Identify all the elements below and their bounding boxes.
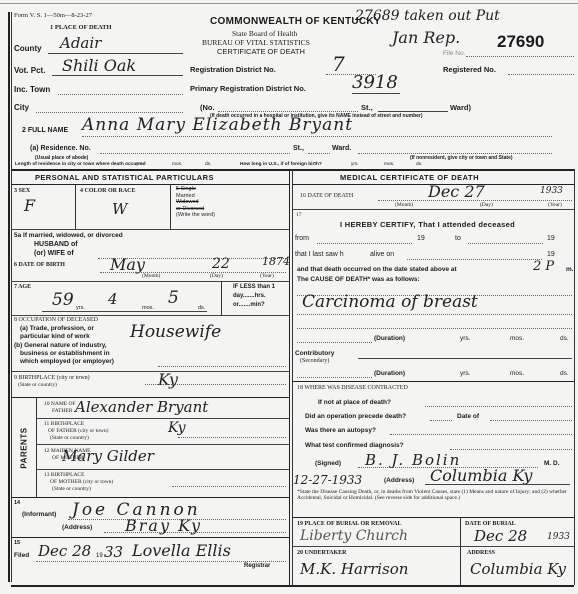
residence-st-label: St., [293,145,304,152]
item-17-number: 17 [296,212,302,218]
not-place-line [425,406,572,407]
undertaker-address-label: ADDRESS [467,550,495,556]
age-months: 4 [108,290,118,308]
us-ds: ds. [416,162,422,167]
spouse-label-2: HUSBAND of [34,241,78,248]
industry-label-1: (b) General nature of industry, [14,342,107,349]
dob-label: 6 DATE OF BIRTH [14,262,65,268]
bottom-rule [11,585,574,587]
primary-registration-value: 3918 [352,72,398,93]
full-name-line [82,136,552,137]
father-bp-value: Ky [168,420,185,436]
contributory-line [358,358,572,359]
parents-rule-2 [36,444,289,445]
day-hrs-label: day.......hrs. [233,293,266,299]
less-than-1-label: IF LESS than 1 [233,284,275,290]
length-of-residence: Length of residence in city or town wher… [15,162,146,167]
row-rule-3 [11,229,289,230]
filed-date: Dec 28 [38,542,91,560]
date-of-label: Date of [457,413,479,420]
file-number: 27690 [497,32,544,52]
duration-1-ds: ds. [560,335,569,342]
residence-line [100,153,290,154]
usual-abode-note: (Usual place of abode) [35,155,88,161]
age-label: 7 AGE [14,284,31,290]
medical-rule-2 [292,209,574,210]
date-of-death-label: 16 DATE OF DEATH [300,193,353,199]
test-label: What test confirmed diagnosis? [305,442,404,449]
state-board: State Board of Health [232,29,297,38]
certificate-title: CERTIFICATE OF DEATH [217,47,305,56]
medical-bottom-rule [292,517,574,518]
parents-rule-3 [36,469,289,470]
contributory-label: Contributory [295,350,334,357]
birthplace-label-1: 9 BIRTHPLACE (city or town) [14,375,90,381]
county-value: Adair [60,34,101,52]
father-name-value: Alexander Bryant [75,398,208,416]
cause-label: The CAUSE OF DEATH* was as follows: [297,276,420,283]
duration-2-lead [297,377,372,378]
informant-label: (Informant) [22,511,56,518]
parents-rule-1 [36,418,289,419]
contracted-label: 18 WHERE WAS DISEASE CONTRACTED [297,385,408,391]
filed-year: 33 [104,543,123,561]
birthplace-label-2: (State or country) [18,382,57,388]
mother-bp-label-1: 13 BIRTHPLACE [44,472,84,478]
registered-no-label: Registered No. [443,65,496,74]
from-label: from [295,235,309,242]
certify-statement: I HEREBY CERTIFY, That I attended deceas… [340,220,515,229]
personal-section-title: PERSONAL AND STATISTICAL PARTICULARS [35,173,214,182]
center-divider [289,169,290,585]
filed-number: 15 [14,540,20,546]
from-line [317,243,412,244]
vot-pct-label: Vot. Pct. [14,66,45,75]
cause-line-3 [297,328,572,329]
alive-on-line [407,259,542,260]
operation-label: Did an operation precede death? [305,413,406,420]
race-value: W [112,200,127,218]
father-bp-label-3: (State or country) [50,435,89,441]
from-19: 19 [417,235,425,242]
registration-district-value: 7 [332,52,345,76]
not-place-label: If not at place of death? [318,399,391,406]
personal-title-rule [11,184,289,185]
occupation-label: 8 OCCUPATION OF DECEASED [14,317,98,323]
industry-label-2: business or establishment in [20,350,110,357]
industry-label-3: which employed (or employer) [20,358,114,365]
date-of-death-value: Dec 27 [428,182,485,201]
inc-town-label: Inc. Town [14,85,50,94]
race-marital-divider [170,184,171,229]
father-bp-label-2: OF FATHER (city or town) [48,428,108,434]
primary-registration-label: Primary Registration District No. [190,84,306,93]
dob-day: 22 [212,256,230,272]
annotation-top: 27689 taken out Put [355,8,500,24]
dob-line [100,272,286,273]
trade-label-1: (a) Trade, profession, or [20,325,94,332]
date-of-death-year: 1933 [540,186,563,196]
left-border [8,12,10,582]
operation-line [430,420,452,421]
duration-1-mos: mos. [510,335,524,342]
center-divider-inner [292,169,293,585]
age-years: 59 [52,290,74,310]
mother-name-value: Mary Gilder [62,447,154,465]
burial-rule [292,546,574,547]
burial-place-label: 19 PLACE OF BURIAL OR REMOVAL [297,521,402,527]
autopsy-label: Was there an autopsy? [305,427,376,434]
age-less-divider [221,281,222,315]
annotation-jan-rep: Jan Rep. [392,28,460,47]
ward-label: Ward) [450,103,471,112]
length-mos: mos. [172,162,182,167]
nonresident-note: (If nonresident, give city or town and S… [410,155,513,161]
mother-bp-label-2: OF MOTHER (city or town) [50,479,113,485]
undertaker-value: M.K. Harrison [300,560,408,578]
m-label: m. [566,266,574,273]
to-19: 19 [547,235,555,242]
no-label: (No. [200,103,215,112]
father-bp-line [178,437,286,438]
death-certificate: Form V. S. 1—50m—8-23-27 1 PLACE OF DEAT… [0,0,578,594]
parents-vertical-label: PARENTS [14,400,34,495]
age-days: 5 [168,288,179,308]
residence-ward-line [358,153,552,154]
burial-year-value: 1933 [547,532,570,542]
length-ds: ds. [205,162,211,167]
alive-19: 19 [547,251,555,258]
county-label: County [14,44,42,53]
how-long-us: How long in U.S., if of foreign birth? [240,162,322,167]
us-mos: mos. [384,162,394,167]
duration-2-ds: ds. [560,370,569,377]
duration-2-label: (Duration) [374,370,405,377]
signed-date: 12-27-1933 [293,473,362,487]
md-address-label: (Address) [384,477,414,484]
residence-st-line [308,153,330,154]
age-line [42,311,207,312]
father-name-label-2: FATHER [52,408,72,414]
form-number: Form V. S. 1—50m—8-23-27 [14,12,92,19]
signed-label: (Signed) [315,460,341,467]
parents-bottom-rule [11,497,289,498]
row-rule-6 [11,315,289,316]
trade-label-2: particular kind of work [20,333,90,340]
duration-1-yrs: yrs. [460,335,470,342]
file-no-label: File No. [443,50,465,57]
spouse-label-3: (or) WIFE of [34,250,74,257]
to-label: to [455,235,461,242]
md-address: Columbia Ky [430,466,532,485]
dod-day-caption: (Day) [480,202,493,208]
mother-bp-label-3: (State or country) [52,486,91,492]
duration-1-lead [297,342,372,343]
length-yrs: yrs. [136,162,144,167]
md-address-line [425,484,570,485]
undertaker-address-value: Columbia Ky [470,560,566,578]
medical-rule-3 [292,381,574,382]
father-bp-label-1: 11 BIRTHPLACE [44,421,84,427]
vot-pct-underline [52,75,183,76]
dob-year: 1874 [262,255,290,268]
informant-bottom-rule [11,537,289,538]
death-occurred-label: and that death occurred on the date stat… [297,266,457,273]
city-line [36,112,183,113]
row-rule-7 [11,371,289,372]
burial-divider [460,517,461,585]
inc-town-line [58,94,183,95]
industry-line [158,366,286,367]
secondary-label: (Secondary) [300,358,329,364]
sex-label: 3 SEX [14,188,30,194]
residence-label: (a) Residence. No. [30,145,91,152]
medical-section-title: MEDICAL CERTIFICATE OF DEATH [340,173,479,182]
vot-pct-value: Shili Oak [62,56,136,75]
sex-value: F [24,196,35,215]
registered-no-line [508,74,574,75]
birthplace-line [145,384,286,385]
st-label: St., [361,103,373,112]
informant-number: 14 [14,500,20,506]
dob-day-caption: (Day) [210,273,223,279]
test-line [450,449,572,450]
duration-2-mos: mos. [510,370,524,377]
last-saw-label: that I last saw h [295,251,344,258]
county-underline [48,53,183,54]
race-label: 4 COLOR OR RACE [80,188,136,194]
st-line [378,111,448,112]
burial-date-value: Dec 28 [474,527,527,545]
dod-month-caption: (Month) [395,202,413,208]
duration-1-label: (Duration) [374,335,405,342]
burial-place-value: Liberty Church [300,528,408,544]
death-time: 2 P [533,259,554,274]
full-name-label: 2 FULL NAME [22,127,68,134]
mother-bp-line [172,486,286,487]
registrar-name: Lovella Ellis [132,541,231,560]
spouse-label-1: 5a If married, widowed, or divorced [14,232,123,239]
marital-write-word: (Write the word) [176,212,215,219]
top-edge [0,3,578,4]
residence-ward-label: Ward. [332,145,351,152]
informant-address-line [104,532,286,533]
registration-district-label: Registration District No. [190,65,276,74]
cause-value: Carcinoma of breast [302,292,478,312]
primary-registration-line [352,93,400,94]
alive-on-label: alive on [370,251,394,258]
no-line [218,111,358,112]
date-of-death-line [378,200,572,201]
right-border [574,169,575,585]
to-line [468,243,543,244]
birthplace-value: Ky [158,370,178,389]
marital-status-options: 5 Single Married Widowed or Divorced (Wr… [176,186,215,219]
undertaker-label: 20 UNDERTAKER [297,550,347,556]
sex-race-divider [75,184,76,229]
dod-year-caption: (Year) [548,202,562,208]
parents-divider [36,397,37,497]
registrar-label: Registrar [244,563,270,569]
md-label: M. D. [544,460,560,467]
or-min-label: or.......min? [233,302,265,308]
informant-address-label: (Address) [62,524,92,531]
city-label: City [14,103,29,112]
date-of-line [490,420,572,421]
cause-footnote: *State the Disease Causing Death, or, in… [297,489,569,502]
file-no-line [466,56,574,57]
place-of-death-heading: 1 PLACE OF DEATH [50,24,112,31]
father-name-label-1: 10 NAME OF [44,401,75,407]
full-name-value: Anna Mary Elizabeth Bryant [82,115,353,135]
filed-line [36,561,286,562]
us-yrs: yrs. [351,162,359,167]
dob-year-caption: (Year) [260,273,274,279]
duration-2-yrs: yrs. [460,370,470,377]
bureau: BUREAU OF VITAL STATISTICS [202,38,310,47]
occupation-value: Housewife [130,322,221,342]
row-rule-5 [11,281,289,282]
dob-month-caption: (Month) [142,273,160,279]
filed-year-prefix: 19 [96,553,103,559]
cause-line-2 [297,314,572,315]
autopsy-line [390,434,572,435]
filed-label: Filed [14,552,29,559]
